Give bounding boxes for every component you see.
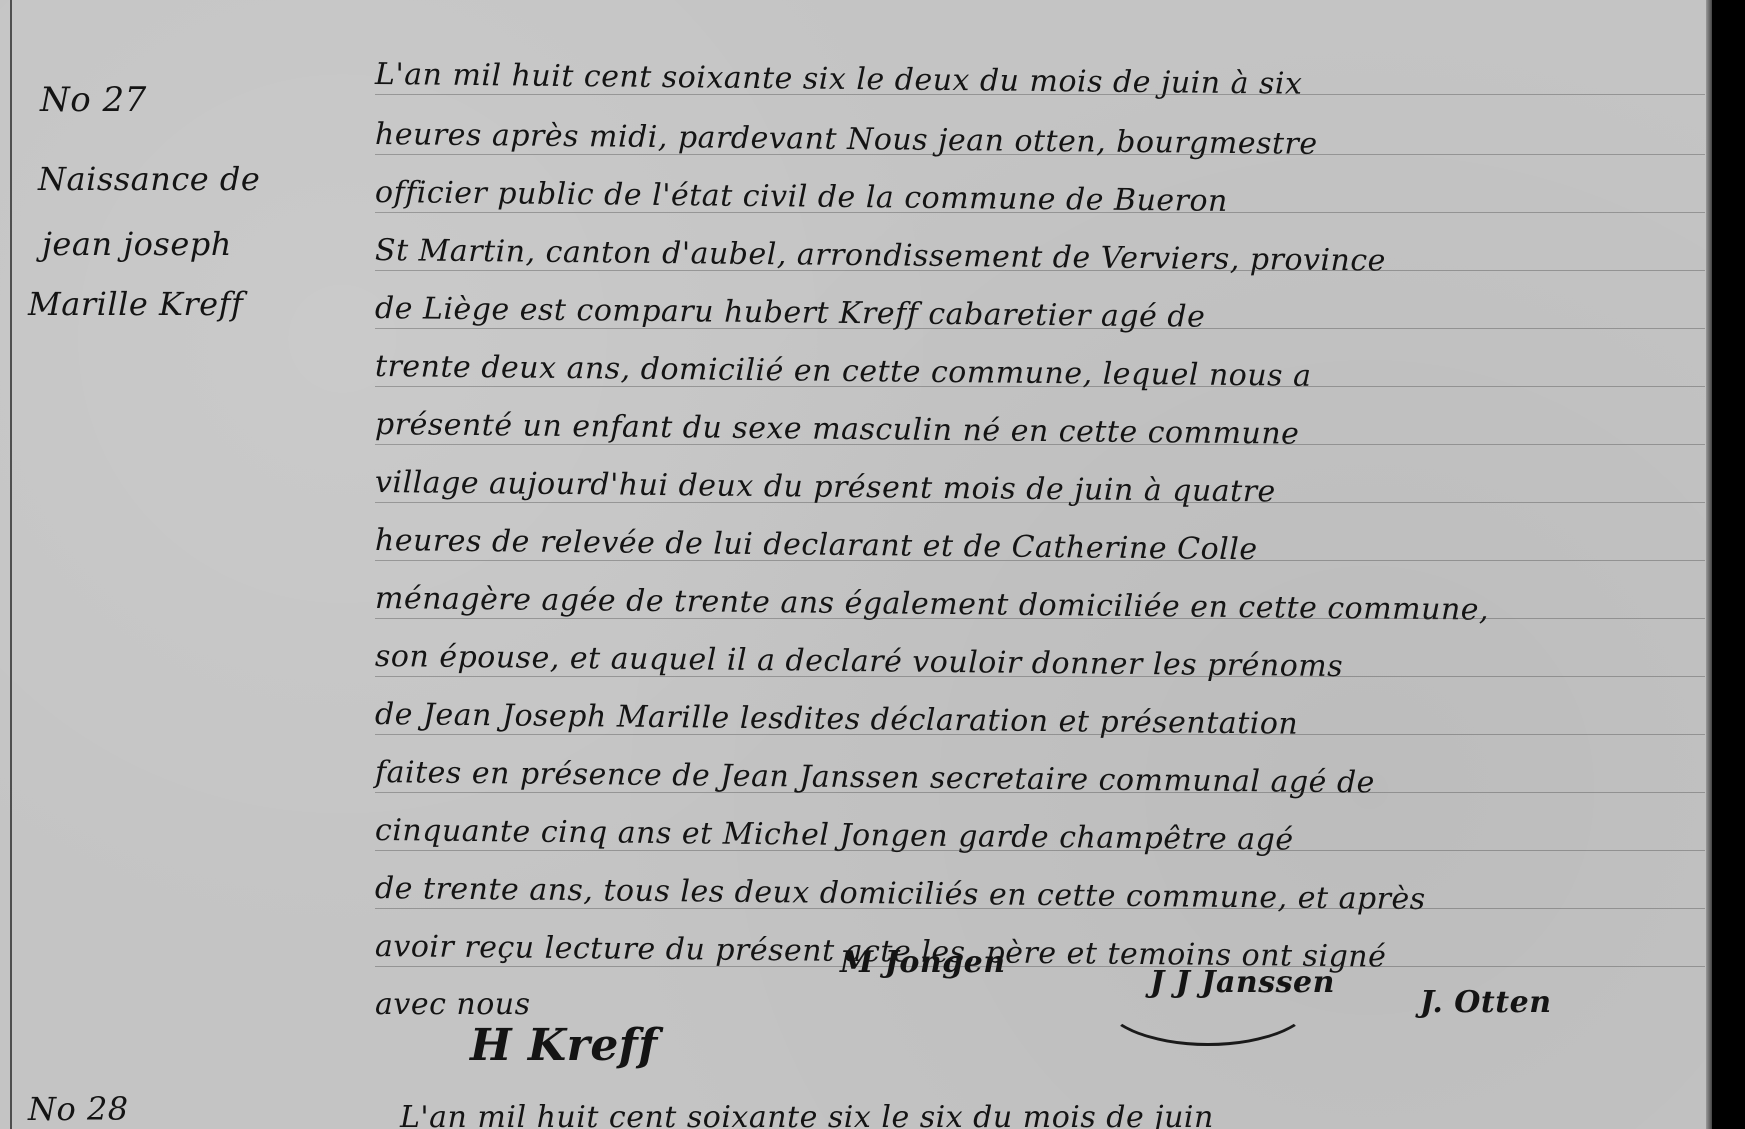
page-edge — [1706, 0, 1712, 1129]
ruled-line — [375, 966, 1705, 967]
ruled-line — [375, 734, 1705, 735]
signature-witness-1: M Jongen — [840, 945, 1006, 980]
ruled-line — [375, 270, 1705, 271]
ruled-line — [375, 618, 1705, 619]
record-line: avec nous — [375, 990, 531, 1020]
ruled-line — [375, 386, 1705, 387]
ruled-line — [375, 908, 1705, 909]
signature-officer: J. Otten — [1420, 985, 1552, 1020]
ruled-line — [375, 94, 1705, 95]
ruled-line — [375, 212, 1705, 213]
next-entry-number: No 28 — [28, 1090, 129, 1128]
ruled-line — [375, 792, 1705, 793]
ruled-line — [375, 328, 1705, 329]
ruled-line — [375, 676, 1705, 677]
record-line: ménagère agée de trente ans également do… — [375, 584, 1489, 626]
signature-flourish — [1100, 950, 1316, 1046]
ruled-line — [375, 154, 1705, 155]
ruled-line — [375, 560, 1705, 561]
ruled-line — [375, 502, 1705, 503]
record-line: de Liège est comparu hubert Kreff cabare… — [375, 294, 1206, 333]
ruled-line — [375, 444, 1705, 445]
entry-number: No 27 — [40, 80, 147, 120]
margin-rule — [10, 0, 12, 1129]
signature-father: H Kreff — [470, 1020, 658, 1071]
register-page: No 27 Naissance de jean joseph Marille K… — [0, 0, 1712, 1129]
ruled-line — [375, 850, 1705, 851]
next-entry-first-line: L'an mil huit cent soixante six le six d… — [400, 1100, 1214, 1129]
margin-title-line: Naissance de — [38, 160, 260, 198]
margin-title-line: Marille Kreff — [28, 285, 243, 323]
margin-title-line: jean joseph — [42, 225, 232, 263]
